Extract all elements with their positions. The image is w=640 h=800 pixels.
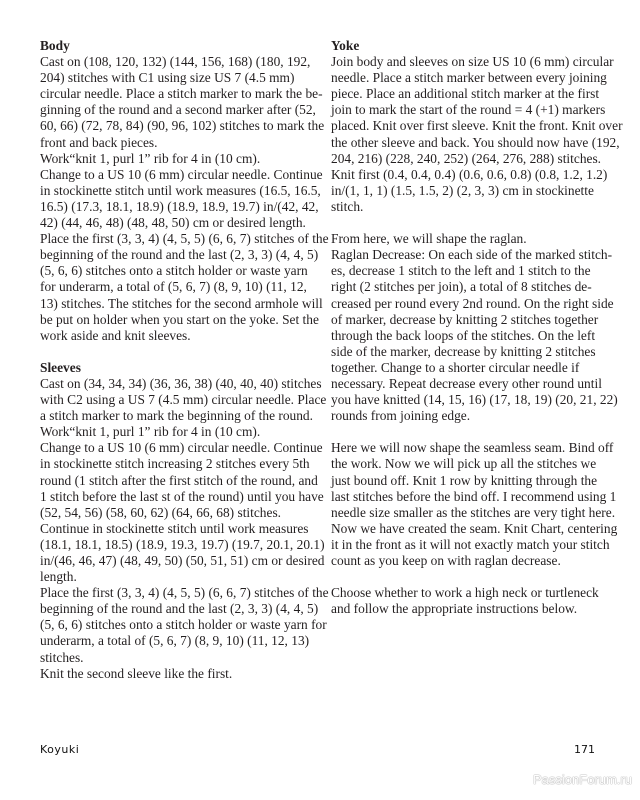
text-line: Work“knit 1, purl 1” rib for 4 in (10 cm… bbox=[40, 151, 315, 167]
yoke-heading: Yoke bbox=[331, 38, 611, 54]
yoke-section: Yoke Join body and sleeves on size US 10… bbox=[331, 38, 611, 617]
text-line: in stockinette stitch until work measure… bbox=[40, 183, 315, 199]
text-line: needle size smaller as the stitches are … bbox=[331, 505, 611, 521]
text-line: round (1 stitch after the first stitch o… bbox=[40, 473, 315, 489]
yoke-paragraph-neck-choice: Choose whether to work a high neck or tu… bbox=[331, 585, 611, 617]
text-line: 16.5) (17.3, 18.1, 18.9) (18.9, 18.9, 19… bbox=[40, 199, 315, 215]
text-line: (5, 6, 6) stitches onto a stitch holder … bbox=[40, 263, 315, 279]
text-line: beginning of the round and the last (2, … bbox=[40, 601, 315, 617]
text-line: front and back pieces. bbox=[40, 135, 315, 151]
body-heading: Body bbox=[40, 38, 315, 54]
text-line: From here, we will shape the raglan. bbox=[331, 231, 611, 247]
body-text: Cast on (108, 120, 132) (144, 156, 168) … bbox=[40, 54, 315, 344]
yoke-paragraph-1: Join body and sleeves on size US 10 (6 m… bbox=[331, 54, 611, 215]
text-line: Choose whether to work a high neck or tu… bbox=[331, 585, 611, 601]
text-line: Here we will now shape the seamless seam… bbox=[331, 440, 611, 456]
text-line: join to mark the start of the round = 4 … bbox=[331, 102, 611, 118]
yoke-paragraph-seam: Here we will now shape the seamless seam… bbox=[331, 440, 611, 569]
text-line: Continue in stockinette stitch until wor… bbox=[40, 521, 315, 537]
text-line: just bound off. Knit 1 row by knitting t… bbox=[331, 473, 611, 489]
sleeves-heading: Sleeves bbox=[40, 360, 315, 376]
text-line: in/(1, 1, 1) (1.5, 1.5, 2) (2, 3, 3) cm … bbox=[331, 183, 611, 199]
text-line: necessary. Repeat decrease every other r… bbox=[331, 376, 611, 392]
text-line: (18.1, 18.1, 18.5) (18.9, 19.3, 19.7) (1… bbox=[40, 537, 315, 553]
text-line: it in the front as it will not exactly m… bbox=[331, 537, 611, 553]
body-section: Body Cast on (108, 120, 132) (144, 156, … bbox=[40, 38, 315, 344]
text-line: es, decrease 1 stitch to the left and 1 … bbox=[331, 263, 611, 279]
text-line: the work. Now we will pick up all the st… bbox=[331, 456, 611, 472]
text-line: placed. Knit over first sleeve. Knit the… bbox=[331, 118, 611, 134]
text-line: piece. Place an additional stitch marker… bbox=[331, 86, 611, 102]
text-line: right (2 stitches per join), a total of … bbox=[331, 279, 611, 295]
text-line: and follow the appropriate instructions … bbox=[331, 601, 611, 617]
text-line: beginning of the round and the last (2, … bbox=[40, 247, 315, 263]
text-line: needle. Place a stitch marker between ev… bbox=[331, 70, 611, 86]
text-line: (52, 54, 56) (58, 60, 62) (64, 66, 68) s… bbox=[40, 505, 315, 521]
text-line: work aside and knit sleeves. bbox=[40, 328, 315, 344]
text-line: together. Change to a shorter circular n… bbox=[331, 360, 611, 376]
text-line: in stockinette stitch increasing 2 stitc… bbox=[40, 456, 315, 472]
text-line: circular needle. Place a stitch marker t… bbox=[40, 86, 315, 102]
text-line: Place the first (3, 3, 4) (4, 5, 5) (6, … bbox=[40, 231, 315, 247]
footer-brand: Koyuki bbox=[40, 743, 79, 756]
text-line: Change to a US 10 (6 mm) circular needle… bbox=[40, 167, 315, 183]
text-line: the other sleeve and back. You should no… bbox=[331, 135, 611, 151]
text-line: Raglan Decrease: On each side of the mar… bbox=[331, 247, 611, 263]
text-line: Place the first (3, 3, 4) (4, 5, 5) (6, … bbox=[40, 585, 315, 601]
text-line: Cast on (34, 34, 34) (36, 36, 38) (40, 4… bbox=[40, 376, 315, 392]
text-line: stitch. bbox=[331, 199, 611, 215]
text-line: 60, 66) (72, 78, 84) (90, 96, 102) stitc… bbox=[40, 118, 315, 134]
text-line: Change to a US 10 (6 mm) circular needle… bbox=[40, 440, 315, 456]
yoke-paragraph-raglan: From here, we will shape the raglan.Ragl… bbox=[331, 231, 611, 424]
text-line: 1 stitch before the last st of the round… bbox=[40, 489, 315, 505]
text-line: 204) stitches with C1 using size US 7 (4… bbox=[40, 70, 315, 86]
text-line: rounds from joining edge. bbox=[331, 408, 611, 424]
text-line: Now we have created the seam. Knit Chart… bbox=[331, 521, 611, 537]
sleeves-text: Cast on (34, 34, 34) (36, 36, 38) (40, 4… bbox=[40, 376, 315, 682]
text-line: ginning of the round and a second marker… bbox=[40, 102, 315, 118]
right-column: Yoke Join body and sleeves on size US 10… bbox=[331, 38, 611, 617]
text-line: side of the marker, decrease by knitting… bbox=[331, 344, 611, 360]
text-line: stitches. bbox=[40, 650, 315, 666]
text-line: Knit first (0.4, 0.4, 0.4) (0.6, 0.6, 0.… bbox=[331, 167, 611, 183]
page-number: 171 bbox=[574, 743, 595, 756]
text-line: underarm, a total of (5, 6, 7) (8, 9, 10… bbox=[40, 633, 315, 649]
text-line: Work“knit 1, purl 1” rib for 4 in (10 cm… bbox=[40, 424, 315, 440]
text-line: a stitch marker to mark the beginning of… bbox=[40, 408, 315, 424]
text-line: 204, 216) (228, 240, 252) (264, 276, 288… bbox=[331, 151, 611, 167]
text-line: be put on holder when you start on the y… bbox=[40, 312, 315, 328]
text-line: of marker, decrease by knitting 2 stitch… bbox=[331, 312, 611, 328]
text-line: for underarm, a total of (5, 6, 7) (8, 9… bbox=[40, 279, 315, 295]
text-line: Join body and sleeves on size US 10 (6 m… bbox=[331, 54, 611, 70]
left-column: Body Cast on (108, 120, 132) (144, 156, … bbox=[40, 38, 315, 682]
text-line: last stitches before the bind off. I rec… bbox=[331, 489, 611, 505]
text-line: creased per round every 2nd round. On th… bbox=[331, 296, 611, 312]
text-line: count as you keep on with raglan decreas… bbox=[331, 553, 611, 569]
text-line: (5, 6, 6) stitches onto a stitch holder … bbox=[40, 617, 315, 633]
text-line: Cast on (108, 120, 132) (144, 156, 168) … bbox=[40, 54, 315, 70]
sleeves-section: Sleeves Cast on (34, 34, 34) (36, 36, 38… bbox=[40, 360, 315, 682]
text-line: 13) stitches. The stitches for the secon… bbox=[40, 296, 315, 312]
text-line: 42) (44, 46, 48) (48, 48, 50) cm or desi… bbox=[40, 215, 315, 231]
text-line: through the back loops of the stitches. … bbox=[331, 328, 611, 344]
text-line: with C2 using a US 7 (4.5 mm) circular n… bbox=[40, 392, 315, 408]
text-line: in/(46, 46, 47) (48, 49, 50) (50, 51, 51… bbox=[40, 553, 315, 569]
text-line: Knit the second sleeve like the first. bbox=[40, 666, 315, 682]
watermark: PassionForum.ru bbox=[533, 772, 632, 787]
text-line: you have knitted (14, 15, 16) (17, 18, 1… bbox=[331, 392, 611, 408]
text-line: length. bbox=[40, 569, 315, 585]
